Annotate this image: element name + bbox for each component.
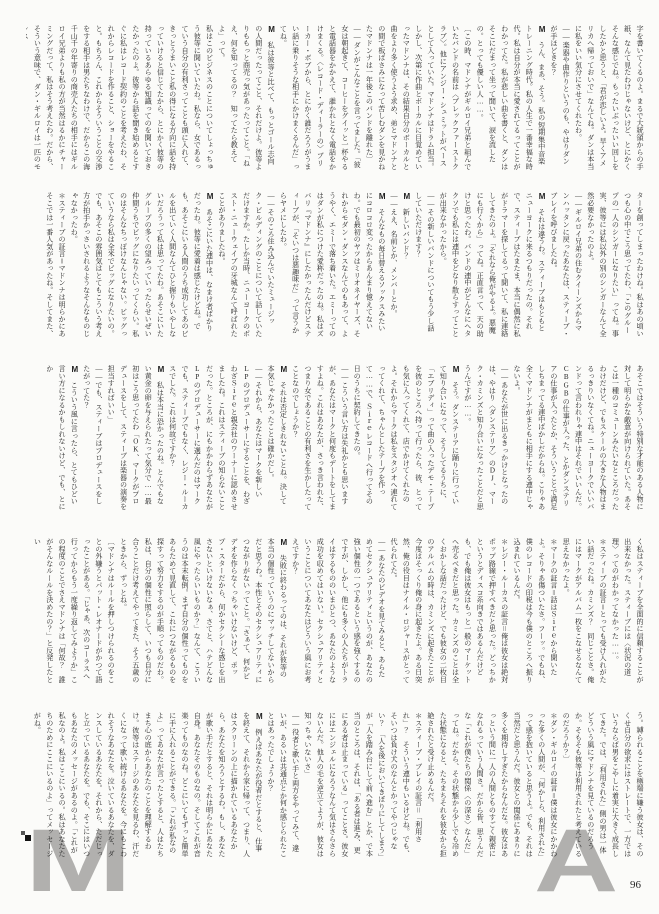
speaker-label: M bbox=[402, 192, 411, 201]
article-end-mark-icon bbox=[21, 831, 32, 842]
text-band-1: 字を書いてくるのよ。まるで大統領からの手紙、なんて見たわけじゃないけど、とにかく… bbox=[26, 25, 646, 171]
text-band-4: く私はスティーブを全面的に信頼することが出来なかった。スティーブには〈状況の道理… bbox=[26, 538, 646, 684]
speaker-label: M bbox=[279, 365, 288, 374]
text-band-2: ターを創ってしまったわけね。私はあの頃いつも心の中でこう思ってたわ、「このグルー… bbox=[26, 192, 646, 338]
speaker-label: M bbox=[267, 25, 276, 34]
magazine-page: M A 字を書いてくるのよ。まるで大統領からの手紙、なんて見たわけじゃないけど、… bbox=[0, 0, 659, 914]
speaker-label: M bbox=[206, 192, 215, 201]
speaker-label: M bbox=[156, 365, 165, 374]
speaker-label: M bbox=[378, 192, 387, 201]
text-band-3: あそこではそういう特別な才能のある人物に対して明らかな敵意が向けられていた。あそ… bbox=[26, 365, 646, 511]
speaker-label: M bbox=[538, 25, 547, 34]
speaker-label: M bbox=[452, 365, 461, 374]
end-mark-big-square bbox=[25, 835, 32, 842]
speaker-label: M bbox=[255, 712, 264, 721]
speaker-label: M bbox=[538, 192, 547, 201]
speaker-label: M bbox=[279, 538, 288, 547]
text-band-5: う。縛られることを極端に嫌う彼女は、そのくせ自分の欲求にはストレートで、一方では… bbox=[26, 712, 646, 858]
speaker-label: M bbox=[70, 365, 79, 374]
page-number: 96 bbox=[630, 879, 641, 891]
